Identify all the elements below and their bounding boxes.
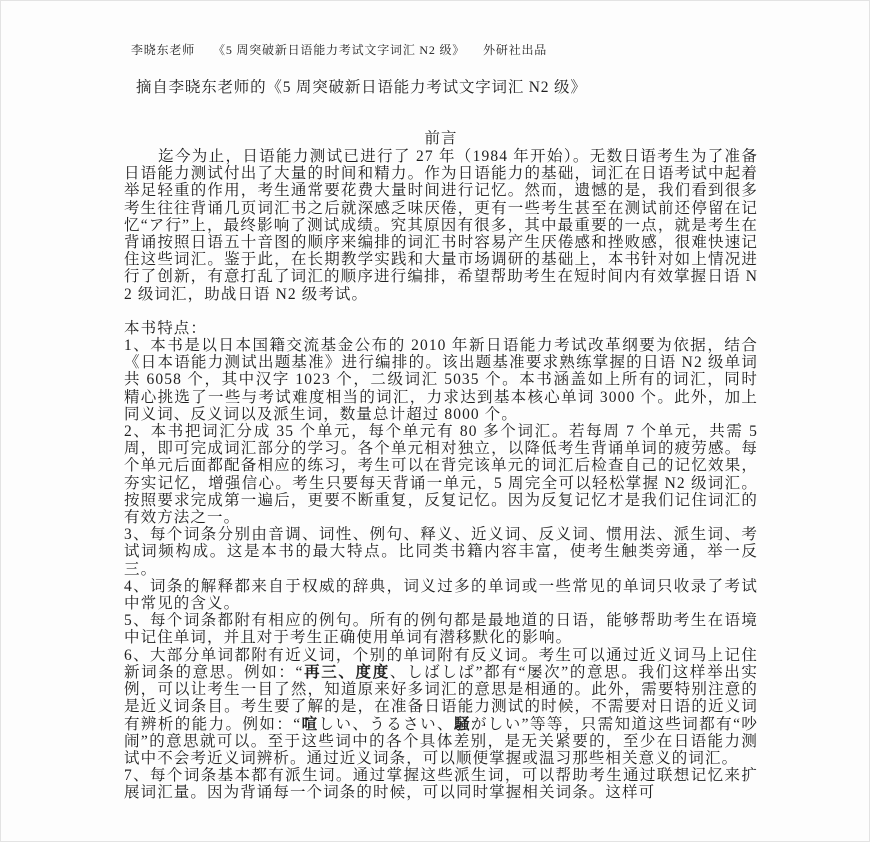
feature-item: 4、词条的解释都来自于权威的辞典，词义过多的单词或一些常见的单词只收录了考试中常…	[124, 578, 758, 612]
header-author: 李晓东老师	[131, 41, 195, 58]
document-content: 李晓东老师 《5 周突破新日语能力考试文字词汇 N2 级》 外研社出品 摘自李晓…	[124, 1, 758, 802]
features-list: 1、本书是以日本国籍交流基金公布的 2010 年新日语能力考试改革纲要为依据，结…	[124, 337, 758, 801]
feature-item: 5、每个词条都附有相应的例句。所有的例句都是最地道的日语，能够帮助考生在语境中记…	[124, 612, 758, 646]
emphasis-text: 騒	[454, 716, 471, 733]
document-title: 摘自李晓东老师的《5 周突破新日语能力考试文字词汇 N2 级》	[124, 75, 758, 97]
features-heading: 本书特点：	[124, 320, 758, 337]
feature-item: 7、每个词条基本都有派生词。通过掌握这些派生词，可以帮助考生通过联想记忆来扩展词…	[124, 767, 758, 801]
header-publisher: 外研社出品	[483, 41, 547, 58]
document-header: 李晓东老师 《5 周突破新日语能力考试文字词汇 N2 级》 外研社出品	[124, 41, 758, 58]
text-run: 1、本书是以日本国籍交流基金公布的 2010 年新日语能力考试改革纲要为依据，结…	[124, 337, 758, 423]
text-run: 3、每个词条分别由音调、词性、例句、释义、近义词、反义词、惯用法、派生词、考试词…	[124, 526, 758, 577]
feature-item: 6、大部分单词都附有近义词，个别的单词附有反义词。考生可以通过近义词马上记住新词…	[124, 647, 758, 767]
text-run: しい、うるさい、	[319, 716, 454, 733]
text-run: 4、词条的解释都来自于权威的辞典，词义过多的单词或一些常见的单词只收录了考试中常…	[124, 578, 758, 612]
feature-item: 1、本书是以日本国籍交流基金公布的 2010 年新日语能力考试改革纲要为依据，结…	[124, 337, 758, 423]
feature-item: 3、每个词条分别由音调、词性、例句、释义、近义词、反义词、惯用法、派生词、考试词…	[124, 526, 758, 578]
feature-item: 2、本书把词汇分成 35 个单元，每个单元有 80 多个词汇。若每周 7 个单元…	[124, 423, 758, 526]
text-run: 迄今为止，日语能力测试已进行了 27 年（1984 年开始）。无数日语考生为了准…	[124, 148, 758, 303]
preface-heading: 前言	[124, 126, 758, 148]
text-run: 5、每个词条都附有相应的例句。所有的例句都是最地道的日语，能够帮助考生在语境中记…	[124, 612, 758, 646]
emphasis-text: 再三、度度	[304, 664, 390, 681]
emphasis-text: 喧	[301, 716, 318, 733]
preface-paragraph: 迄今为止，日语能力测试已进行了 27 年（1984 年开始）。无数日语考生为了准…	[124, 148, 758, 303]
text-run: 7、每个词条基本都有派生词。通过掌握这些派生词，可以帮助考生通过联想记忆来扩展词…	[124, 767, 758, 801]
document-page: 李晓东老师 《5 周突破新日语能力考试文字词汇 N2 级》 外研社出品 摘自李晓…	[0, 0, 870, 842]
header-book-title: 《5 周突破新日语能力考试文字词汇 N2 级》	[213, 41, 465, 58]
text-run: 2、本书把词汇分成 35 个单元，每个单元有 80 多个词汇。若每周 7 个单元…	[124, 423, 758, 526]
preface-body: 迄今为止，日语能力测试已进行了 27 年（1984 年开始）。无数日语考生为了准…	[124, 148, 758, 303]
